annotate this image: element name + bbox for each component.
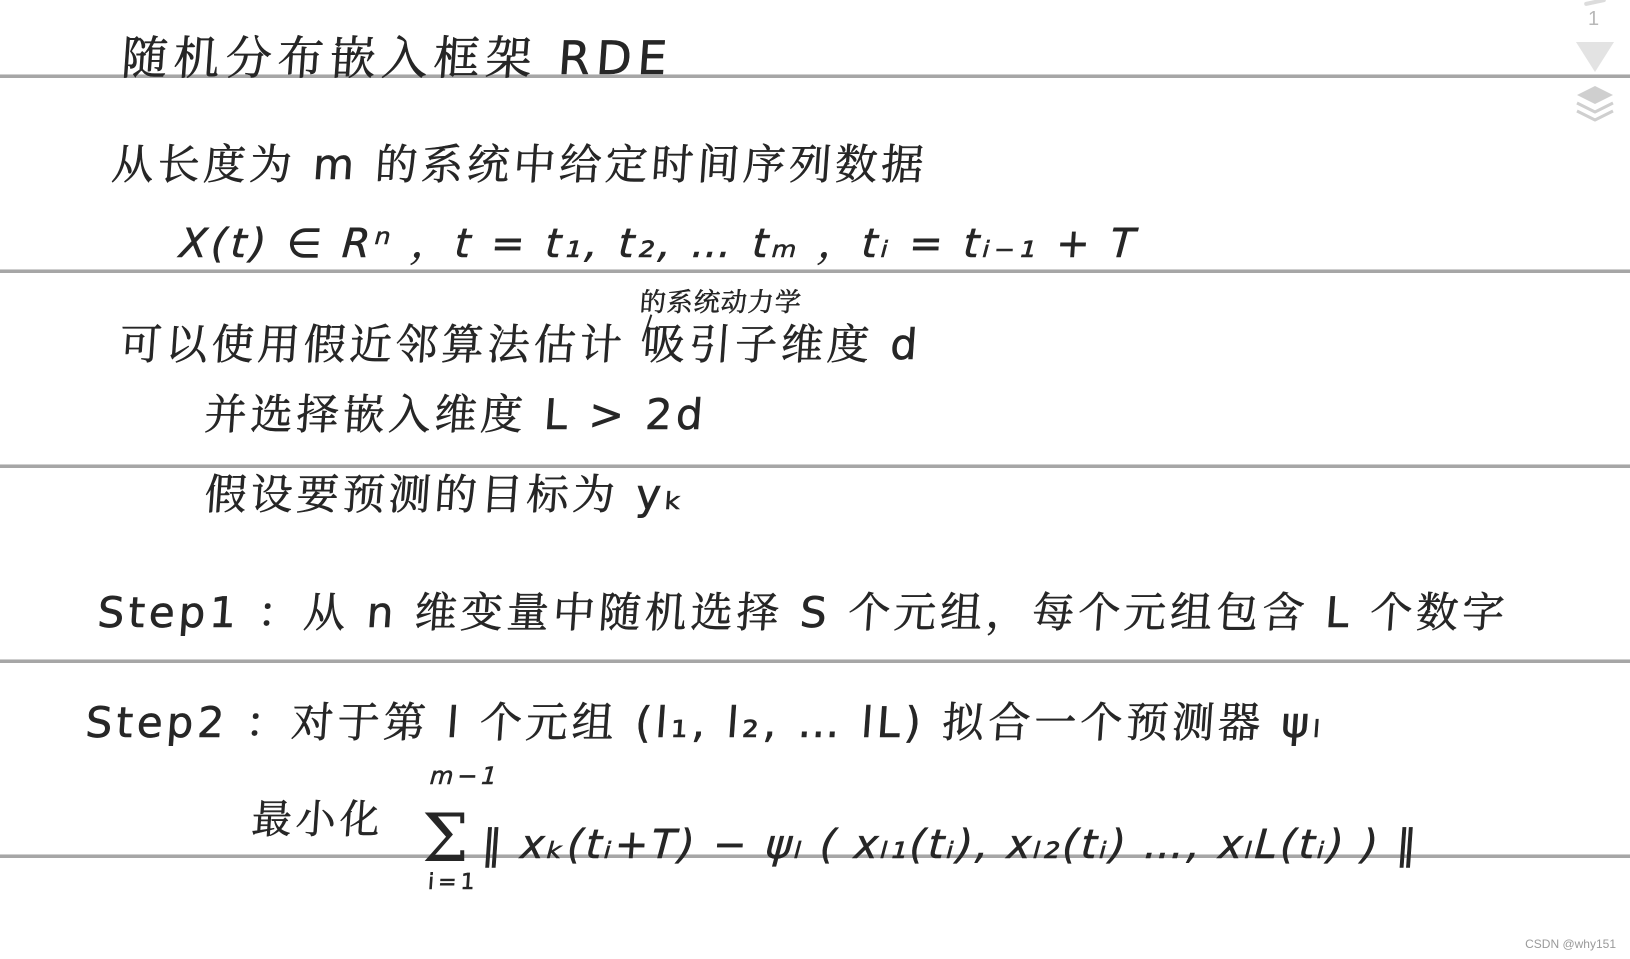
page-navigator: 1 <box>1560 0 1630 135</box>
note-step-2: Step2 ：对于第 l 个元组 (l₁, l₂, … lL) 拟合一个预测器 … <box>84 690 1327 750</box>
page-number: 1 <box>1588 8 1599 31</box>
note-title: 随机分布嵌入框架 RDE <box>120 22 676 88</box>
sum-lower-limit: i=1 <box>427 870 479 895</box>
note-page: 随机分布嵌入框架 RDE 从长度为 m 的系统中给定时间序列数据 X(t) ∈ … <box>0 0 1630 959</box>
page-down-icon[interactable] <box>1576 42 1614 72</box>
summation-icon: Σ <box>422 800 473 877</box>
ruled-line <box>0 269 1630 273</box>
note-line-definition: X(t) ∈ Rⁿ ，t = t₁, t₂, … tₘ ，tᵢ = tᵢ₋₁ +… <box>178 212 1141 269</box>
layers-icon[interactable] <box>1575 84 1615 126</box>
ruled-line <box>0 659 1630 663</box>
note-line-embedding-dim: 并选择嵌入维度 L > 2d <box>203 382 709 442</box>
note-step-1: Step1 ：从 n 维变量中随机选择 S 个元组，每个元组包含 L 个数字 <box>96 580 1511 640</box>
sum-upper-limit: m−1 <box>429 762 502 790</box>
watermark: CSDN @why151 <box>1525 937 1616 951</box>
note-line-fnn: 可以使用假近邻算法估计 吸引子维度 d <box>118 312 924 372</box>
minimize-expression: ‖ xₖ(tᵢ+T) − ψₗ ( xₗ₁(tᵢ), xₗ₂(tᵢ) …, xₗ… <box>480 822 1421 868</box>
minimize-label: 最小化 <box>250 788 386 845</box>
note-line-target: 假设要预测的目标为 yₖ <box>203 462 689 522</box>
scroll-handle[interactable] <box>1584 0 1606 6</box>
note-line-time-series: 从长度为 m 的系统中给定时间序列数据 <box>110 132 930 192</box>
